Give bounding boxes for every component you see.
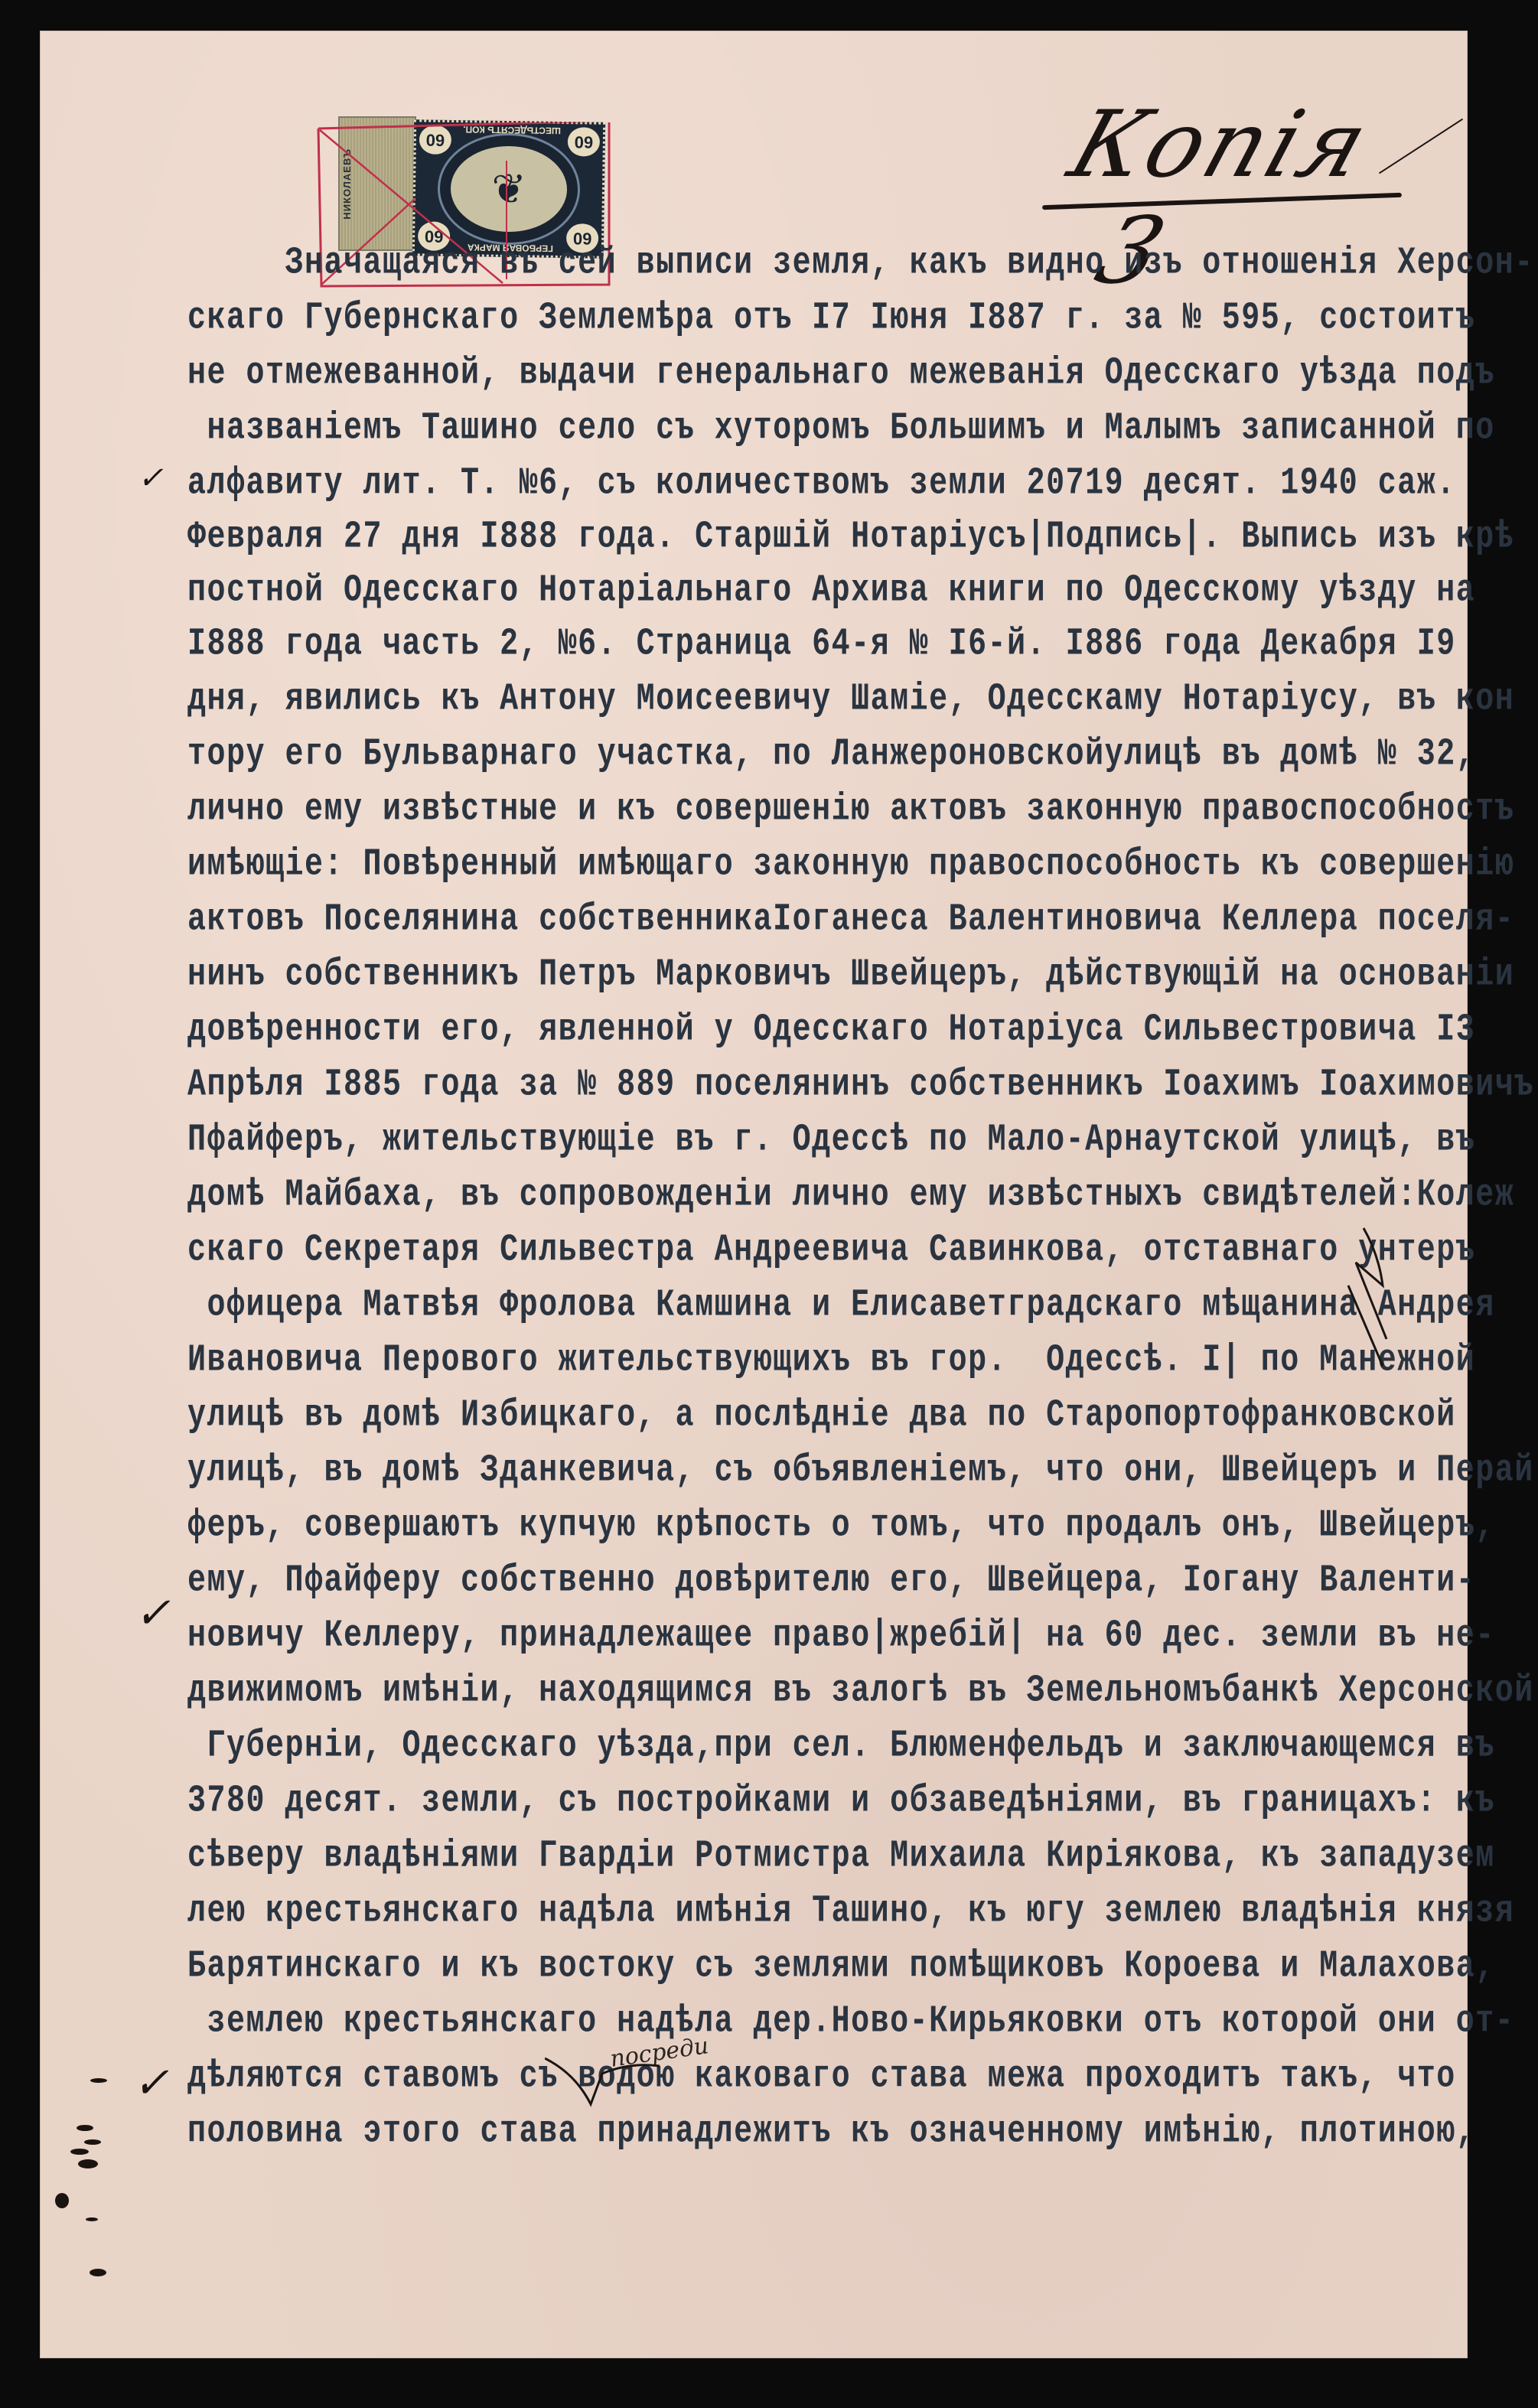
text-line: землею крестьянскаго надѣла дер.Ново-Кир… xyxy=(187,2003,1514,2041)
ink-blot xyxy=(90,2078,107,2083)
ink-blot xyxy=(78,2159,98,2169)
text-line: улицѣ, въ домѣ Зданкевича, съ объявленіе… xyxy=(187,1452,1534,1491)
text-line: I888 года часть 2, №6. Страница 64-я № I… xyxy=(187,626,1456,664)
text-line: Пфайферъ, жительствующіе въ г. Одессѣ по… xyxy=(187,1122,1475,1160)
text-line: офицера Матвѣя Фролова Камшина и Елисаве… xyxy=(187,1287,1495,1325)
check-mark-icon: ✓ xyxy=(133,2058,169,2108)
text-line: имѣющіе: Повѣренный имѣющаго законную пр… xyxy=(187,846,1514,885)
text-line: довѣренности его, явленной у Одесскаго Н… xyxy=(187,1012,1475,1050)
ink-blot xyxy=(84,2139,101,2145)
stamp-corner-value: 60 xyxy=(568,127,601,157)
text-line: дѣляются ставомъ съ водою каковаго става… xyxy=(187,2058,1456,2097)
document-page: НИКОЛАЕВЪ ШЕСТЬДЕСЯТЪ КОП. ❦ 60 60 60 60… xyxy=(40,31,1468,2358)
text-line: Ивановича Перового жительствующихъ въ го… xyxy=(187,1342,1475,1380)
text-line: новичу Келлеру, принадлежащее право|жреб… xyxy=(187,1618,1495,1656)
handwritten-correction-mark xyxy=(1341,1224,1402,1370)
ink-blot xyxy=(77,2125,93,2131)
text-line: не отмежеванной, выдачи генеральнаго меж… xyxy=(187,355,1495,393)
text-line: скаго Секретаря Сильвестра Андреевича Са… xyxy=(187,1232,1475,1270)
text-line: феръ, совершаютъ купчую крѣпость о томъ,… xyxy=(187,1507,1495,1546)
text-line: названіемъ Ташино село съ хуторомъ Больш… xyxy=(187,410,1495,448)
stamp-denomination-text: ШЕСТЬДЕСЯТЪ КОП. xyxy=(455,124,569,136)
text-line: скаго Губернскаго Землемѣра отъ I7 Іюня … xyxy=(187,300,1475,338)
text-line: нинъ собственникъ Петръ Марковичъ Швейце… xyxy=(187,956,1514,995)
text-line: Февраля 27 дня I888 года. Старшій Нотарі… xyxy=(187,519,1514,557)
text-line: тору его Бульварнаго участка, по Ланжеро… xyxy=(187,736,1475,774)
stamp-body: ШЕСТЬДЕСЯТЪ КОП. ❦ 60 60 60 60 ГЕРБОВАЯ … xyxy=(412,119,605,258)
copy-label-text: Копія xyxy=(1057,92,1383,198)
text-line: домѣ Майбаха, въ сопровожденіи лично ему… xyxy=(187,1177,1514,1215)
insertion-caret-icon xyxy=(545,2051,683,2112)
text-line: актовъ Поселянина собственникаІоганеса В… xyxy=(187,901,1514,940)
check-mark-icon: ✓ xyxy=(138,461,164,496)
stamp-oval: ❦ xyxy=(439,135,578,243)
text-line: дня, явились къ Антону Моисеевичу Шаміе,… xyxy=(187,681,1514,719)
stamp-tab-label: НИКОЛАЕВЪ xyxy=(341,148,353,220)
text-line: ему, Пфайферу собственно довѣрителю его,… xyxy=(187,1562,1475,1601)
text-line: улицѣ въ домѣ Избицкаго, а послѣдніе два… xyxy=(187,1397,1456,1435)
text-line: Губерніи, Одесскаго уѣзда,при сел. Блюме… xyxy=(187,1728,1495,1766)
text-line: Апрѣля I885 года за № 889 поселянинъ соб… xyxy=(187,1067,1534,1105)
text-line: лично ему извѣстные и къ совершенію акто… xyxy=(187,791,1514,829)
text-line: сѣверу владѣніями Гвардіи Ротмистра Миха… xyxy=(187,1838,1495,1876)
text-line: Значащаяся въ сей выписи земля, какъ вид… xyxy=(187,245,1534,283)
text-line: лею крестьянскаго надѣла имѣнія Ташино, … xyxy=(187,1893,1514,1931)
ink-blot xyxy=(70,2149,89,2155)
ink-blot xyxy=(55,2193,69,2208)
check-mark-icon: ✓ xyxy=(135,1588,171,1638)
text-line: алфавиту лит. Т. №6, съ количествомъ зем… xyxy=(187,465,1456,503)
stamp-corner-value: 60 xyxy=(419,125,452,155)
text-line: половина этого става принадлежитъ къ озн… xyxy=(187,2113,1475,2152)
text-line: 3780 десят. земли, съ постройками и обза… xyxy=(187,1783,1495,1821)
text-line: постной Одесскаго Нотаріальнаго Архива к… xyxy=(187,572,1475,611)
ink-blot xyxy=(90,2269,106,2276)
double-headed-eagle-icon: ❦ xyxy=(491,165,526,213)
text-line: Барятинскаго и къ востоку съ землями пом… xyxy=(187,1948,1495,1986)
stamp-tab: НИКОЛАЕВЪ xyxy=(338,116,416,251)
text-line: движимомъ имѣніи, находящимся въ залогѣ … xyxy=(187,1673,1534,1711)
ink-blot xyxy=(86,2217,98,2221)
